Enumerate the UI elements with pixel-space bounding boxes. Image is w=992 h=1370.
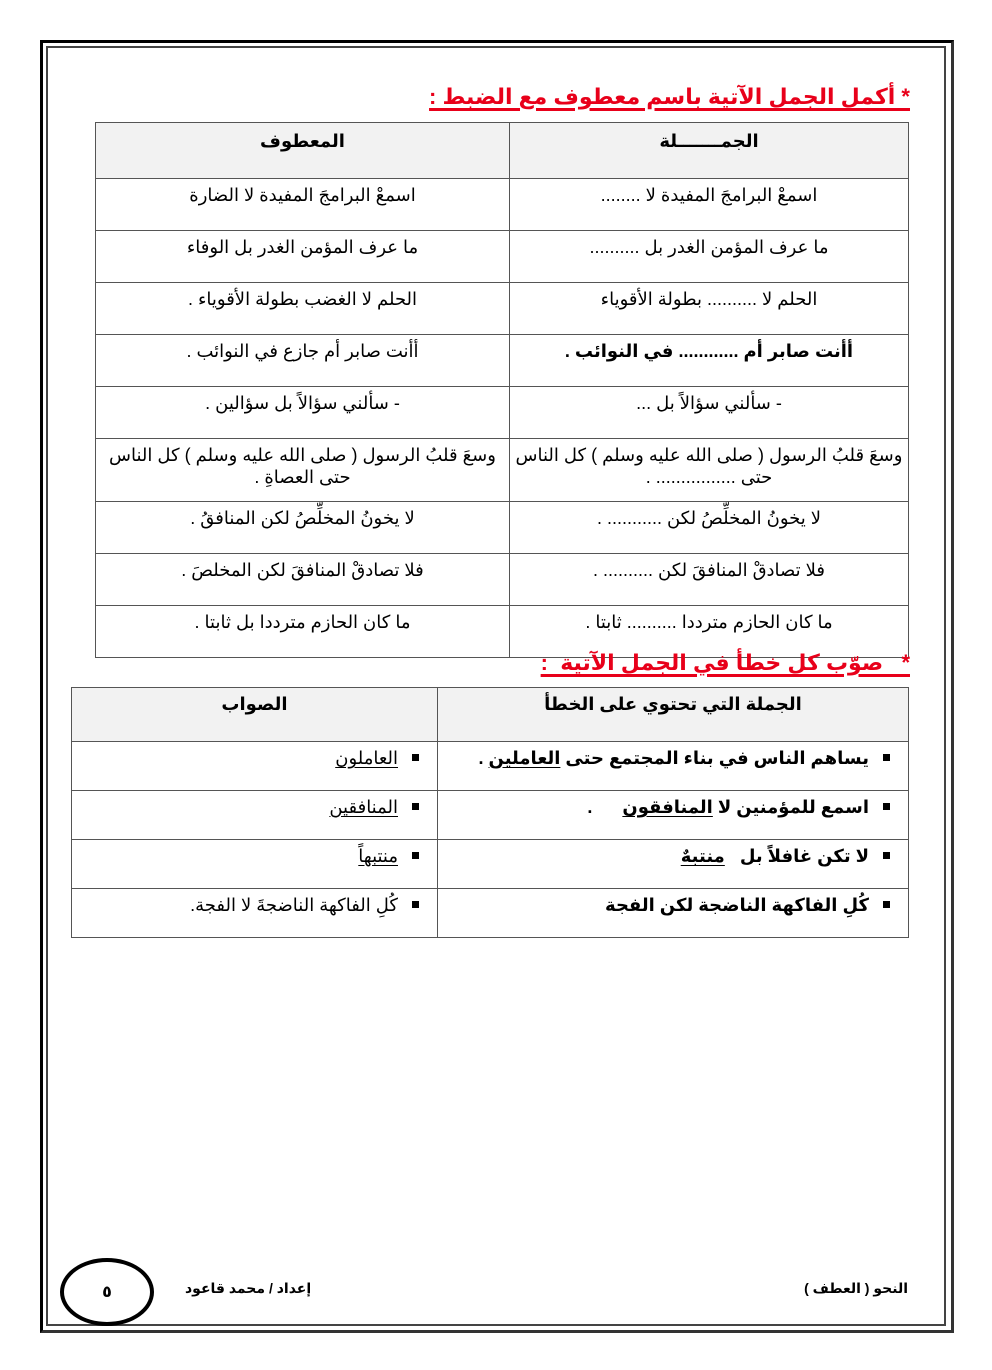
conjunction-completion-table: الجمـــــــلة المعطوف اسمعْ البرامجَ الم… [95, 122, 909, 658]
bullet-icon [412, 901, 419, 908]
correct-word: منتبهاً [358, 846, 398, 866]
wrong-sentence-cell: يساهم الناس في بناء المجتمع حتى العاملين… [438, 742, 909, 791]
header-sentence: الجمـــــــلة [510, 123, 909, 179]
footer-subject: النحو ( العطف ) [804, 1280, 908, 1297]
sentence-cell: وسعَ قلبُ الرسول ( صلى الله عليه وسلم ) … [510, 439, 909, 502]
error-correction-table: الجملة التي تحتوي على الخطأ الصواب يساهم… [71, 687, 909, 938]
section1-title: * أكمل الجمل الآتية باسم معطوف مع الضبط … [429, 84, 910, 110]
bullet-icon [412, 754, 419, 761]
correct-word: كُلِ الفاكهة الناضجةَ لا الفجة. [190, 895, 398, 915]
table-row: اسمع للمؤمنين لا المنافقون . المنافقين [72, 791, 909, 840]
footer-author: إعداد / محمد قاعود [185, 1280, 311, 1297]
correct-word: العاملون [335, 748, 398, 768]
bullet-icon [883, 754, 890, 761]
table-row: فلا تصادقْ المنافقَ لكن .......... . فلا… [96, 554, 909, 606]
answer-cell: لا يخونُ المخلِّصُ لكن المنافقُ . [96, 502, 510, 554]
error-word: العاملين [489, 748, 561, 768]
answer-cell: - سألني سؤالاً بل سؤالين . [96, 387, 510, 439]
wrong-sentence-cell: كُلِ الفاكهة الناضجة لكن الفجة [438, 889, 909, 938]
wrong-sentence-cell: اسمع للمؤمنين لا المنافقون . [438, 791, 909, 840]
answer-cell: وسعَ قلبُ الرسول ( صلى الله عليه وسلم ) … [96, 439, 510, 502]
sentence-cell: - سألني سؤالاً بل ... [510, 387, 909, 439]
table-header-row: الجمـــــــلة المعطوف [96, 123, 909, 179]
section2-title: * صوّب كل خطأ في الجمل الآتية : [541, 650, 910, 676]
table-row: لا تكن غافلاً بل منتبهٌ منتبهاً [72, 840, 909, 889]
table-row: ما عرف المؤمن الغدر بل .......... ما عرف… [96, 231, 909, 283]
correct-cell: كُلِ الفاكهة الناضجةَ لا الفجة. [72, 889, 438, 938]
sentence-cell: الحلم لا .......... بطولة الأقوياء [510, 283, 909, 335]
answer-cell: أأنت صابر أم جازع في النوائب . [96, 335, 510, 387]
table-row: كُلِ الفاكهة الناضجة لكن الفجة كُلِ الفا… [72, 889, 909, 938]
sentence-cell: ما عرف المؤمن الغدر بل .......... [510, 231, 909, 283]
bullet-icon [883, 852, 890, 859]
table-row: - سألني سؤالاً بل ... - سألني سؤالاً بل … [96, 387, 909, 439]
sentence-cell: أأنت صابر أم ............ في النوائب . [510, 335, 909, 387]
bullet-icon [883, 901, 890, 908]
wrong-text-end: . [479, 748, 489, 768]
correct-cell: العاملون [72, 742, 438, 791]
correct-cell: المنافقين [72, 791, 438, 840]
table-row: اسمعْ البرامجَ المفيدة لا ........ اسمعْ… [96, 179, 909, 231]
sentence-cell: فلا تصادقْ المنافقَ لكن .......... . [510, 554, 909, 606]
bullet-icon [883, 803, 890, 810]
bullet-icon [412, 803, 419, 810]
table-row: الحلم لا .......... بطولة الأقوياء الحلم… [96, 283, 909, 335]
answer-cell: اسمعْ البرامجَ المفيدة لا الضارة [96, 179, 510, 231]
sentence-cell: اسمعْ البرامجَ المفيدة لا ........ [510, 179, 909, 231]
wrong-text: يساهم الناس في بناء المجتمع حتى [560, 748, 869, 768]
answer-cell: الحلم لا الغضب بطولة الأقوياء . [96, 283, 510, 335]
header-answer: المعطوف [96, 123, 510, 179]
wrong-text: لا تكن غافلاً بل [725, 846, 869, 866]
page-number: ٥ [102, 1282, 112, 1302]
correct-cell: منتبهاً [72, 840, 438, 889]
wrong-text-end: . [587, 797, 622, 817]
table-row: يساهم الناس في بناء المجتمع حتى العاملين… [72, 742, 909, 791]
table-row: لا يخونُ المخلِّصُ لكن ........... . لا … [96, 502, 909, 554]
wrong-sentence-cell: لا تكن غافلاً بل منتبهٌ [438, 840, 909, 889]
table-row: أأنت صابر أم ............ في النوائب . أ… [96, 335, 909, 387]
error-word: المنافقون [622, 797, 713, 817]
table-row: وسعَ قلبُ الرسول ( صلى الله عليه وسلم ) … [96, 439, 909, 502]
answer-cell: فلا تصادقْ المنافقَ لكن المخلصَ . [96, 554, 510, 606]
header-correct: الصواب [72, 688, 438, 742]
wrong-text: كُلِ الفاكهة الناضجة لكن الفجة [605, 895, 869, 915]
table-header-row: الجملة التي تحتوي على الخطأ الصواب [72, 688, 909, 742]
header-wrong-sentence: الجملة التي تحتوي على الخطأ [438, 688, 909, 742]
sentence-cell: لا يخونُ المخلِّصُ لكن ........... . [510, 502, 909, 554]
correct-word: المنافقين [329, 797, 398, 817]
page-number-circle: ٥ [60, 1258, 154, 1326]
bullet-icon [412, 852, 419, 859]
wrong-text: اسمع للمؤمنين لا [713, 797, 869, 817]
answer-cell: ما كان الحازم مترددا بل ثابتا . [96, 606, 510, 658]
answer-cell: ما عرف المؤمن الغدر بل الوفاء [96, 231, 510, 283]
error-word: منتبهٌ [681, 846, 725, 866]
